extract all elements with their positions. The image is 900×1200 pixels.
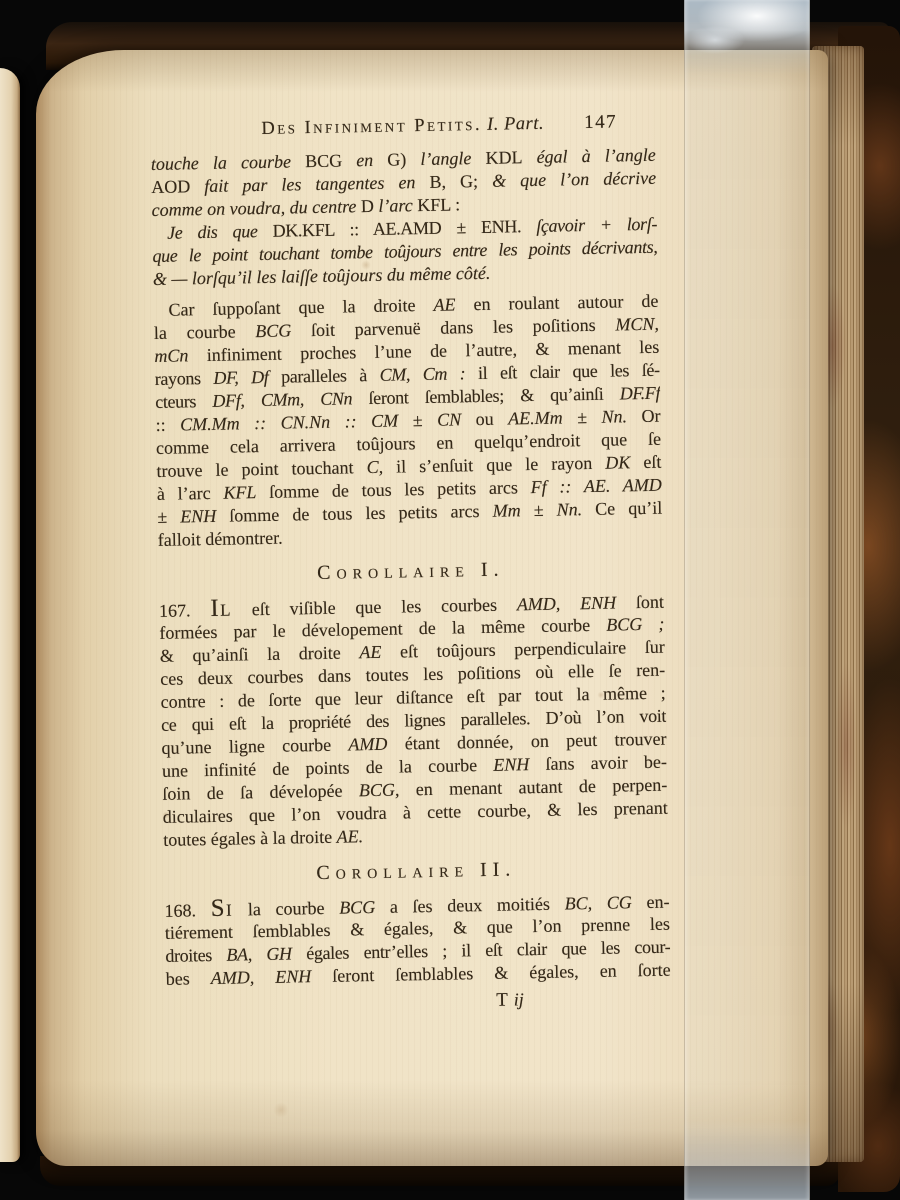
running-header-title: Des Infiniment Petits.I. Part. xyxy=(150,109,655,144)
text-run: G) xyxy=(387,149,406,169)
text-run: ſçavoir + lorſ- xyxy=(521,214,657,236)
text-run: BCG xyxy=(255,320,291,341)
text-run: Ce qu’il xyxy=(582,498,662,519)
text-run: BA, GH xyxy=(226,944,292,965)
text-run: D xyxy=(361,196,374,216)
text-run: Car ſuppoſant que la droite xyxy=(168,295,433,320)
facing-page-sliver xyxy=(0,68,20,1162)
text-run: & que l’on décrive xyxy=(478,168,656,191)
text-run: ſans avoir be- xyxy=(529,752,667,775)
running-header: Des Infiniment Petits.I. Part. 147 xyxy=(150,109,655,144)
text-run: KFL : xyxy=(417,194,460,215)
text-run: ± ENH xyxy=(157,506,216,527)
text-run: touche la courbe xyxy=(151,151,306,174)
text-run: 168. xyxy=(164,900,211,921)
text-run: égal à l’angle xyxy=(522,145,656,167)
text-run: AE xyxy=(433,294,455,314)
text-run: BCG, xyxy=(359,780,400,801)
text-run: AMD, ENH xyxy=(211,966,312,988)
text-run: étant donnée, on peut trouver xyxy=(387,729,666,754)
text-run: CM.Mm :: CN.Nn :: CM ± CN xyxy=(180,409,461,434)
text-run: Ff :: AE. AMD xyxy=(531,475,662,497)
text-run: fait par les tangentes en xyxy=(190,172,430,196)
text-run: KFL xyxy=(223,482,256,503)
text-run: AE. xyxy=(336,826,363,846)
text-run: KDL xyxy=(485,147,522,168)
text-run: MCN, xyxy=(615,314,659,335)
section-heading: Corollaire II. xyxy=(164,854,669,889)
text-run: trouve le point touchant xyxy=(156,457,366,481)
text-run: il eſt clair que les ſé- xyxy=(465,360,660,384)
text-run: à l’arc xyxy=(157,483,224,504)
text-run: & qu’ainſi la droite xyxy=(160,642,360,666)
text-run: bes xyxy=(166,968,211,989)
text-run: ſoin de ſa dévelopée xyxy=(162,780,359,804)
book-photograph: Des Infiniment Petits.I. Part. 147 touch… xyxy=(0,0,900,1200)
text-run: DK xyxy=(605,452,630,472)
text-run: toutes égales à la droite xyxy=(163,827,337,850)
text-run: en xyxy=(342,150,388,171)
text-run: Si xyxy=(210,895,233,922)
text-run: cteurs xyxy=(155,391,213,412)
text-run: qu’une ligne courbe xyxy=(161,734,348,757)
text-run: en- xyxy=(632,892,670,913)
text-run: BCG xyxy=(305,150,342,171)
text-run: DF, Df xyxy=(213,367,268,388)
text-run: AE xyxy=(359,642,381,662)
text-run: ENH xyxy=(493,754,529,775)
header-part-label: I. Part. xyxy=(487,114,544,135)
text-run: droites xyxy=(165,945,226,966)
text-run: ſomme de tous les petits arcs xyxy=(216,501,493,526)
signature-ij: ij xyxy=(514,989,524,1009)
text-run: ſont xyxy=(616,592,664,613)
text-run: Mm ± Nn. xyxy=(492,499,582,521)
signature-letter: T xyxy=(496,990,509,1011)
text-run: eſt xyxy=(630,452,661,473)
text-run: mCn xyxy=(154,345,188,366)
text-run: C, xyxy=(366,457,383,477)
text-run: AMD xyxy=(348,734,387,755)
text-run: rayons xyxy=(155,368,214,389)
text-run: :: xyxy=(155,415,180,435)
text-run: en roulant autour de xyxy=(455,291,658,315)
page-number: 147 xyxy=(584,109,617,136)
text-run: ſeront ſemblables & égales, en ſorte xyxy=(311,960,671,987)
tape-strip xyxy=(684,0,810,1200)
text-run: 167. xyxy=(159,600,211,621)
text-run: DK.KFL :: AE.AMD ± ENH. xyxy=(272,216,521,241)
text-run: paralleles à xyxy=(268,365,380,387)
text-run: la courbe xyxy=(154,321,256,343)
text-run: DFf, CMm, CNn xyxy=(212,388,352,411)
text-run: BCG ; xyxy=(606,614,664,635)
text-run: ou xyxy=(461,408,508,429)
header-title-text: Des Infiniment Petits. xyxy=(261,115,482,139)
text-run: l’angle xyxy=(406,148,486,169)
text-run: Je dis que xyxy=(167,221,273,243)
text-run: AOD xyxy=(151,176,190,197)
text-block: Des Infiniment Petits.I. Part. 147 touch… xyxy=(150,109,671,1018)
text-run: ſeront ſemblables; & qu’ainſi xyxy=(352,383,620,408)
text-run: a ſes deux moitiés xyxy=(375,894,565,917)
text-run: falloit démontrer. xyxy=(158,528,283,550)
text-run: il s’enſuit que le rayon xyxy=(383,453,606,477)
section-heading: Corollaire I. xyxy=(158,554,663,589)
text-run: eſt toûjours perpendiculaire ſur xyxy=(381,637,665,662)
body-text: touche la courbe BCG en G) l’angle KDL é… xyxy=(151,144,671,991)
text-run: Or xyxy=(627,406,661,427)
text-run: & — lorſqu’il les laiſſe toûjours du mêm… xyxy=(153,263,491,289)
text-run: AMD, ENH xyxy=(517,593,617,615)
text-run: en menant autant de perpen- xyxy=(399,775,667,800)
text-run: AE.Mm ± Nn. xyxy=(508,406,627,428)
text-run: BCG xyxy=(339,897,375,918)
text-run: ſomme de tous les petits arcs xyxy=(256,477,531,502)
signature-mark: Tij xyxy=(166,987,671,1018)
text-run: CM, Cm : xyxy=(379,363,465,385)
text-run: BC, CG xyxy=(564,892,632,913)
text-run: l’arc xyxy=(374,195,418,216)
text-run: Il xyxy=(210,595,232,622)
text-run: la courbe xyxy=(233,898,339,920)
text-run: comme on voudra, du centre xyxy=(152,196,362,220)
text-run: DF.Ff xyxy=(620,383,661,404)
text-run: B, G; xyxy=(429,171,478,192)
